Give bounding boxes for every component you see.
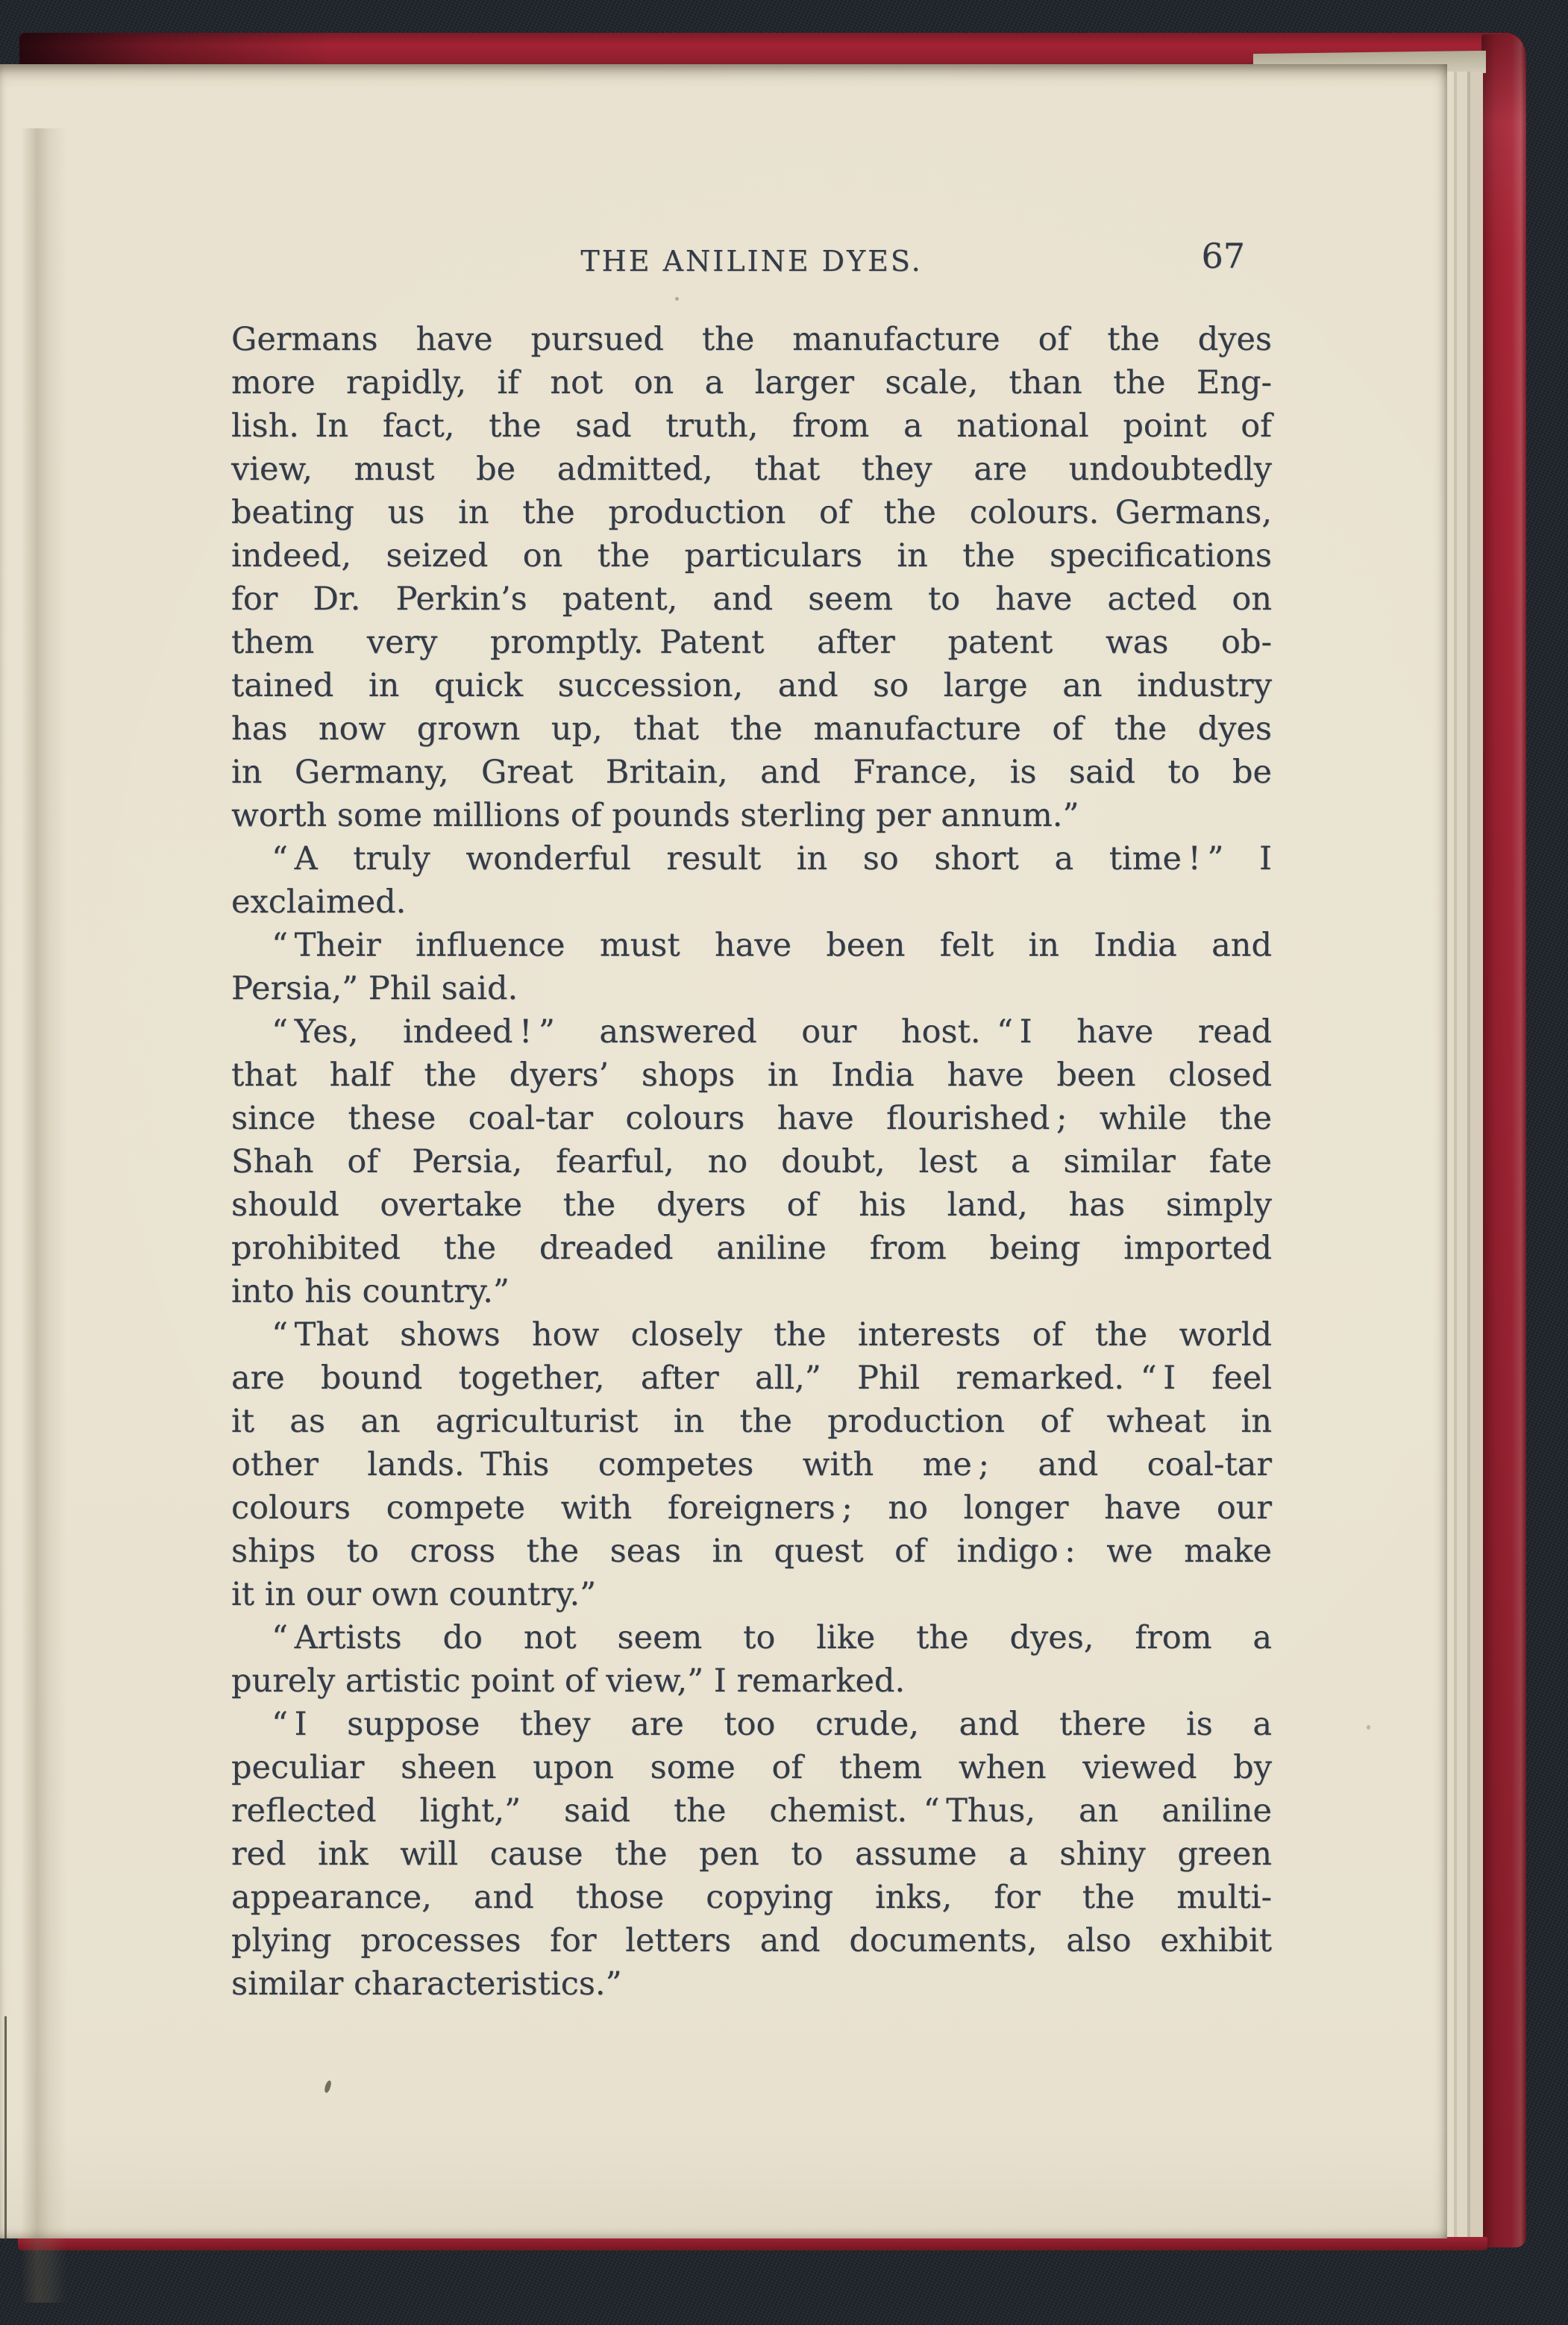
text-line: Persia,” Phil said. (231, 967, 1272, 1010)
text-line: should overtake the dyers of his land, h… (231, 1183, 1272, 1227)
text-line: it in our own country.” (231, 1573, 1272, 1616)
text-line: red ink will cause the pen to assume a s… (231, 1833, 1272, 1876)
paragraph: “ A truly wonderful result in so short a… (231, 837, 1272, 924)
paragraph: “ Yes, indeed ! ” answered our host. “ I… (231, 1010, 1272, 1313)
text-line: indeed, seized on the particulars in the… (231, 534, 1272, 578)
page-title: THE ANILINE DYES. (231, 245, 1272, 278)
paragraph: “ I suppose they are too crude, and ther… (231, 1703, 1272, 2006)
text-line: prohibited the dreaded aniline from bein… (231, 1227, 1272, 1270)
book-scan-scene: THE ANILINE DYES. 67 Germans have pursue… (0, 0, 1568, 2325)
text-line: reflected light,” said the chemist. “ Th… (231, 1789, 1272, 1833)
body-text-block: Germans have pursued the manufacture of … (231, 318, 1272, 2006)
text-line: ships to cross the seas in quest of indi… (231, 1530, 1272, 1573)
text-line: tained in quick succession, and so large… (231, 664, 1272, 707)
text-line: for Dr. Perkin’s patent, and seem to hav… (231, 578, 1272, 621)
text-line: beating us in the production of the colo… (231, 491, 1272, 534)
paragraph: “ Their influence must have been felt in… (231, 924, 1272, 1010)
text-line: colours compete with foreigners ; no lon… (231, 1486, 1272, 1530)
text-line: “ That shows how closely the interests o… (231, 1313, 1272, 1356)
text-line: view, must be admitted, that they are un… (231, 448, 1272, 491)
text-line: “ Yes, indeed ! ” answered our host. “ I… (231, 1010, 1272, 1054)
page-stack-right-edge (1444, 72, 1483, 2237)
book-cover-bottom-edge (18, 2237, 1487, 2250)
text-line: that half the dyers’ shops in India have… (231, 1054, 1272, 1097)
paragraph: “ That shows how closely the interests o… (231, 1313, 1272, 1616)
paper-speck (675, 297, 679, 301)
text-line: since these coal-tar colours have flouri… (231, 1097, 1272, 1140)
text-line: “ A truly wonderful result in so short a… (231, 837, 1272, 880)
text-line: worth some millions of pounds sterling p… (231, 794, 1272, 837)
page-fold-line (4, 2016, 7, 2241)
text-line: in Germany, Great Britain, and France, i… (231, 751, 1272, 794)
gutter-crease (21, 128, 67, 2303)
text-line: “ I suppose they are too crude, and ther… (231, 1703, 1272, 1746)
text-line: into his country.” (231, 1270, 1272, 1313)
text-line: purely artistic point of view,” I remark… (231, 1659, 1272, 1703)
text-line: other lands. This competes with me ; and… (231, 1443, 1272, 1486)
text-line: exclaimed. (231, 880, 1272, 924)
text-line: it as an agriculturist in the production… (231, 1400, 1272, 1443)
paragraph: Germans have pursued the manufacture of … (231, 318, 1272, 837)
paper-speck (1367, 1725, 1370, 1730)
text-line: similar characteristics.” (231, 1962, 1272, 2006)
text-line: more rapidly, if not on a larger scale, … (231, 361, 1272, 404)
text-line: them very promptly. Patent after patent … (231, 621, 1272, 664)
text-line: “ Their influence must have been felt in… (231, 924, 1272, 967)
text-line: peculiar sheen upon some of them when vi… (231, 1746, 1272, 1789)
text-line: lish. In fact, the sad truth, from a nat… (231, 404, 1272, 448)
text-line: “ Artists do not seem to like the dyes, … (231, 1616, 1272, 1659)
book-cover-right-edge (1481, 34, 1526, 2247)
text-line: plying processes for letters and documen… (231, 1919, 1272, 1962)
text-line: appearance, and those copying inks, for … (231, 1876, 1272, 1919)
text-line: are bound together, after all,” Phil rem… (231, 1356, 1272, 1400)
text-line: has now grown up, that the manufacture o… (231, 707, 1272, 751)
paragraph: “ Artists do not seem to like the dyes, … (231, 1616, 1272, 1703)
running-header: THE ANILINE DYES. 67 (231, 240, 1272, 288)
text-line: Shah of Persia, fearful, no doubt, lest … (231, 1140, 1272, 1183)
page-number: 67 (1201, 236, 1245, 276)
text-line: Germans have pursued the manufacture of … (231, 318, 1272, 361)
